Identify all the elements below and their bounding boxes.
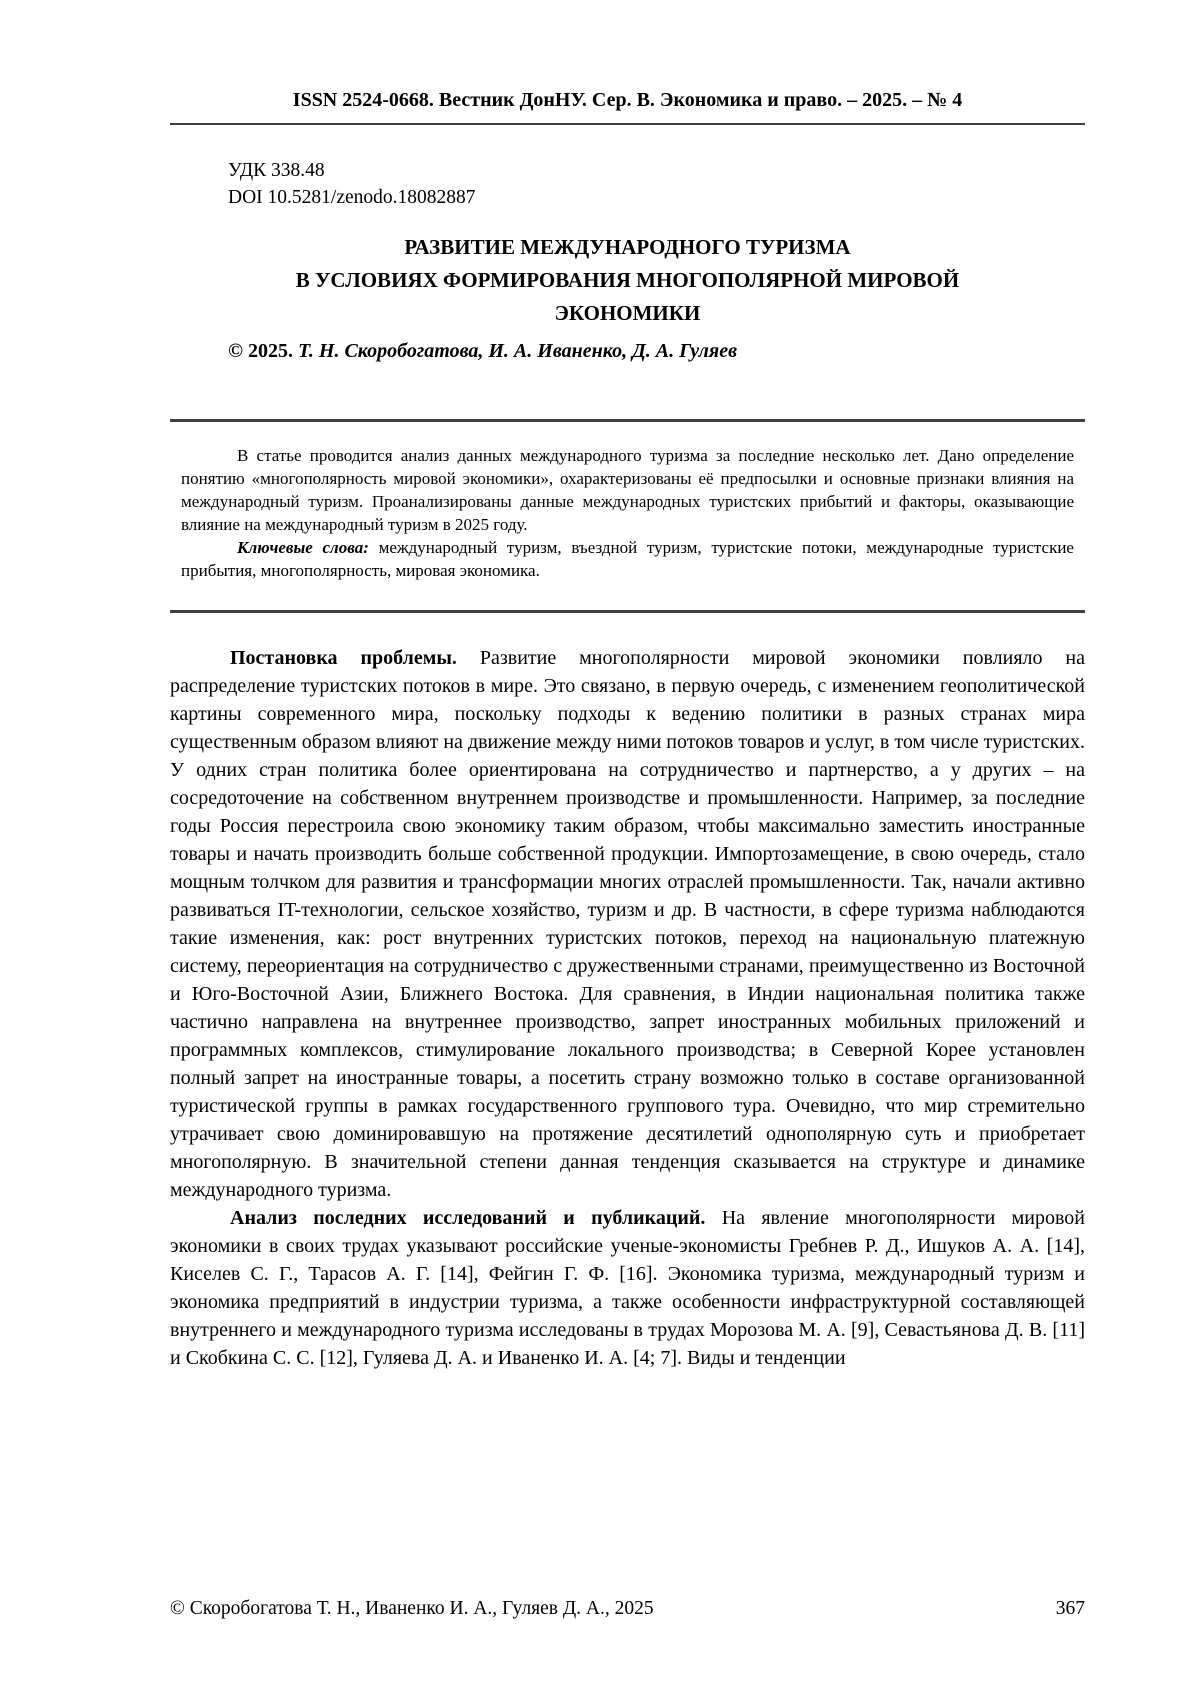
paragraph-problem-statement: Постановка проблемы. Развитие многополяр…: [170, 644, 1085, 1204]
article-title-line-2: В УСЛОВИЯХ ФОРМИРОВАНИЯ МНОГОПОЛЯРНОЙ МИ…: [170, 264, 1085, 297]
page-footer: © Скоробогатова Т. Н., Иваненко И. А., Г…: [170, 1598, 1085, 1620]
copyright-year: © 2025.: [228, 340, 298, 362]
journal-header: ISSN 2524-0668. Вестник ДонНУ. Сер. В. Э…: [170, 88, 1085, 125]
paragraph-problem-statement-text: Развитие многополярности мировой экономи…: [170, 647, 1085, 1201]
article-title: РАЗВИТИЕ МЕЖДУНАРОДНОГО ТУРИЗМА В УСЛОВИ…: [170, 231, 1085, 330]
article-body: Постановка проблемы. Развитие многополяр…: [170, 644, 1085, 1372]
divider-abstract-bottom: [170, 610, 1085, 613]
article-title-line-1: РАЗВИТИЕ МЕЖДУНАРОДНОГО ТУРИЗМА: [170, 231, 1085, 264]
paragraph-literature-review: Анализ последних исследований и публикац…: [170, 1204, 1085, 1372]
article-title-line-3: ЭКОНОМИКИ: [170, 297, 1085, 330]
divider-abstract-top: [170, 419, 1085, 422]
paragraph-literature-review-text: На явление многополярности мировой эконо…: [170, 1207, 1085, 1369]
doi-line: DOI 10.5281/zenodo.18082887: [170, 184, 1085, 211]
authors-names: Т. Н. Скоробогатова, И. А. Иваненко, Д. …: [298, 340, 737, 362]
page-number: 367: [1056, 1598, 1085, 1620]
document-page: ISSN 2524-0668. Вестник ДонНУ. Сер. В. Э…: [0, 0, 1200, 1698]
article-identifiers: УДК 338.48 DOI 10.5281/zenodo.18082887: [170, 157, 1085, 211]
footer-copyright: © Скоробогатова Т. Н., Иваненко И. А., Г…: [170, 1598, 654, 1620]
abstract-block: В статье проводится анализ данных междун…: [181, 444, 1074, 582]
udk-line: УДК 338.48: [170, 157, 1085, 184]
paragraph-problem-statement-lead: Постановка проблемы.: [230, 647, 480, 669]
abstract-text: В статье проводится анализ данных междун…: [181, 444, 1074, 536]
authors-line: © 2025. Т. Н. Скоробогатова, И. А. Иване…: [170, 340, 1085, 363]
keywords-label: Ключевые слова:: [237, 538, 379, 557]
keywords-paragraph: Ключевые слова: международный туризм, въ…: [181, 536, 1074, 582]
paragraph-literature-review-lead: Анализ последних исследований и публикац…: [230, 1207, 722, 1229]
